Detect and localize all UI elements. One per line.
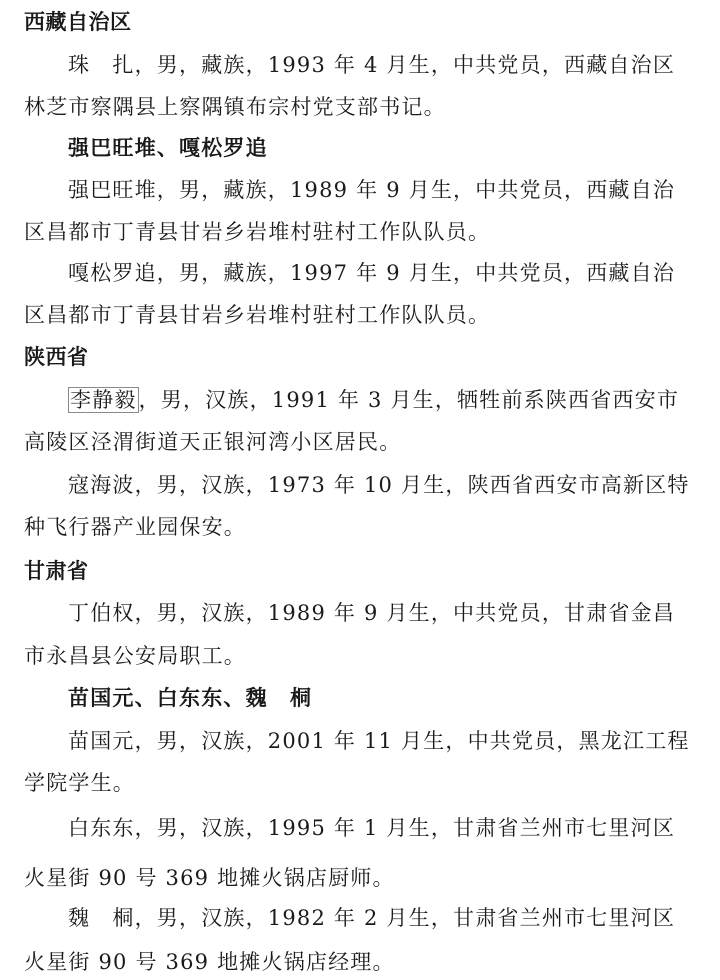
entry-line: 寇海波，男，汉族，1973 年 10 月生，陕西省西安市高新区特 (68, 471, 690, 499)
region-heading: 西藏自治区 (24, 8, 132, 36)
entry-line: 种飞行器产业园保安。 (24, 513, 246, 541)
group-heading: 苗国元、白东东、魏 桐 (68, 684, 312, 712)
entry-line: 火星街 90 号 369 地摊火锅店厨师。 (24, 864, 395, 892)
entry-line: 魏 桐，男，汉族，1982 年 2 月生，甘肃省兰州市七里河区 (68, 904, 675, 932)
entry-line: 白东东，男，汉族，1995 年 1 月生，甘肃省兰州市七里河区 (68, 814, 675, 842)
entry-line: 珠 扎，男，藏族，1993 年 4 月生，中共党员，西藏自治区 (68, 51, 675, 79)
group-heading: 强巴旺堆、嘎松罗追 (68, 134, 268, 162)
entry-line: 林芝市察隅县上察隅镇布宗村党支部书记。 (24, 93, 446, 121)
entry-line: 强巴旺堆，男，藏族，1989 年 9 月生，中共党员，西藏自治 (68, 176, 675, 204)
region-heading: 陕西省 (24, 343, 89, 371)
entry-line: 苗国元，男，汉族，2001 年 11 月生，中共党员，黑龙江工程 (68, 727, 690, 755)
entry-line: 区昌都市丁青县甘岩乡岩堆村驻村工作队队员。 (24, 218, 490, 246)
entry-line: 火星街 90 号 369 地摊火锅店经理。 (24, 948, 395, 976)
entry-line: 李静毅，男，汉族，1991 年 3 月生，牺牲前系陕西省西安市 (68, 386, 679, 414)
entry-line: 丁伯权，男，汉族，1989 年 9 月生，中共党员，甘肃省金昌 (68, 599, 675, 627)
region-heading: 甘肃省 (24, 557, 89, 585)
boxed-name: 李静毅 (68, 387, 139, 413)
entry-line: 高陵区泾渭街道天正银河湾小区居民。 (24, 428, 401, 456)
entry-line: 区昌都市丁青县甘岩乡岩堆村驻村工作队队员。 (24, 301, 490, 329)
entry-line: 学院学生。 (24, 769, 135, 797)
entry-line: 嘎松罗追，男，藏族，1997 年 9 月生，中共党员，西藏自治 (68, 259, 675, 287)
entry-text: ，男，汉族，1991 年 3 月生，牺牲前系陕西省西安市 (139, 388, 679, 412)
entry-line: 市永昌县公安局职工。 (24, 642, 246, 670)
